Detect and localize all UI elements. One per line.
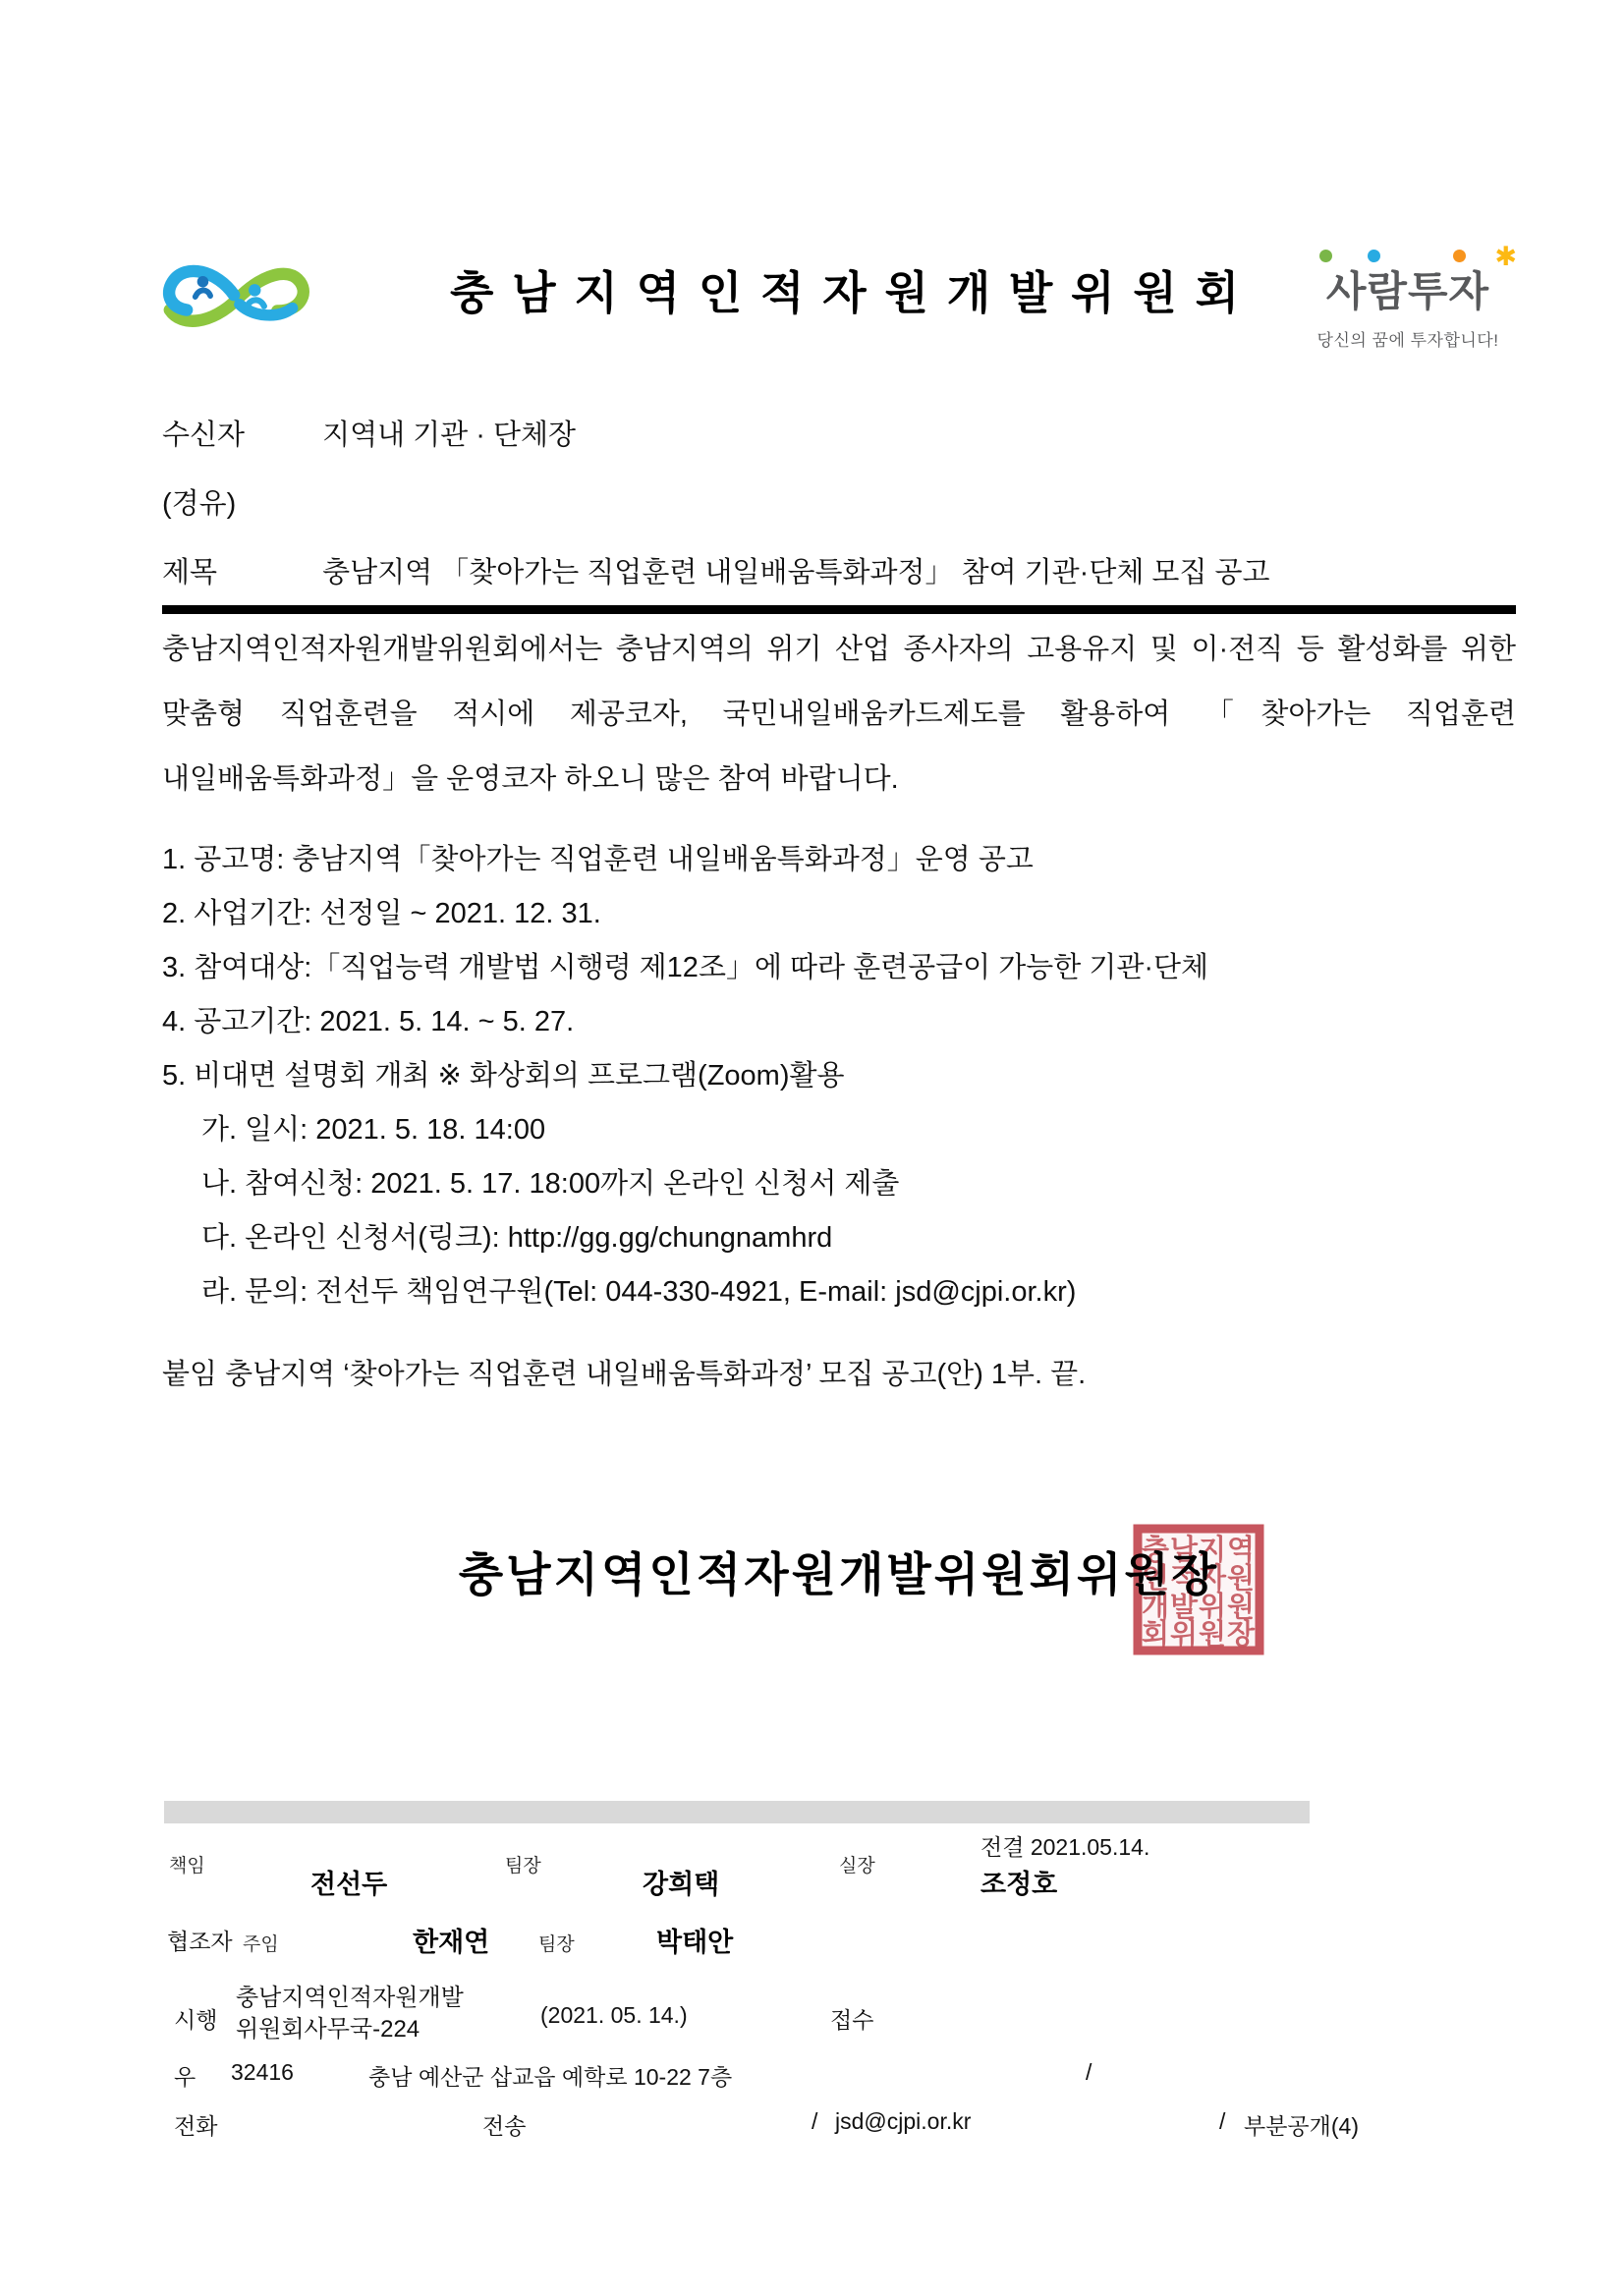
cooperator-role-2: 팀장 <box>538 1930 575 1956</box>
approver-name-3: 조정호 <box>980 1863 1057 1901</box>
green-dot-icon <box>1319 250 1332 262</box>
list-item-5c: 다. 온라인 신청서(링크): http://gg.gg/chungnamhrd <box>162 1211 1516 1265</box>
list-item-4: 4. 공고기간: 2021. 5. 14. ~ 5. 27. <box>162 995 1516 1049</box>
subject-divider-rule <box>162 605 1516 614</box>
official-seal-stamp: 충 남 지 역 인 적 자 원 개 발 위 원 회 위 원 장 <box>1132 1523 1265 1656</box>
dispatch-date: (2021. 05. 14.) <box>540 2002 688 2029</box>
approver-role-3: 실장 <box>839 1851 875 1877</box>
phone-label: 전화 <box>174 2108 217 2141</box>
svg-text:원: 원 <box>1199 1617 1226 1651</box>
svg-text:회: 회 <box>1142 1617 1169 1651</box>
postal-code: 32416 <box>231 2059 294 2086</box>
email-slash: / <box>812 2108 817 2135</box>
receipt-label: 접수 <box>830 2002 873 2035</box>
svg-text:장: 장 <box>1227 1617 1256 1651</box>
approval-divider-bar <box>164 1801 1310 1823</box>
dispatch-department-line2: 위원회사무국-224 <box>236 2014 464 2045</box>
list-item-5d: 라. 문의: 전선두 책임연구원(Tel: 044-330-4921, E-ma… <box>162 1265 1516 1319</box>
cooperator-name-2: 박태안 <box>656 1921 733 1959</box>
dispatch-department: 충남지역인적자원개발 위원회사무국-224 <box>236 1983 464 2045</box>
saram-tuja-logo: ✱ 사람투자 당신의 꿈에 투자합니다! <box>1300 246 1516 351</box>
via-row: (경유) <box>162 481 1516 522</box>
recipient-label: 수신자 <box>162 413 314 453</box>
list-item-5a: 가. 일시: 2021. 5. 18. 14:00 <box>162 1103 1516 1157</box>
cooperator-label: 협조자 <box>167 1924 233 1956</box>
list-item-3: 3. 참여대상:「직업능력 개발법 시행령 제12조」에 따라 훈련공급이 가능… <box>162 941 1516 995</box>
cooperator-role-1: 주임 <box>243 1930 279 1956</box>
list-item-5b: 나. 참여신청: 2021. 5. 17. 18:00까지 온라인 신청서 제출 <box>162 1157 1516 1211</box>
dispatch-department-line1: 충남지역인적자원개발 <box>236 1983 464 2014</box>
asterisk-icon: ✱ <box>1494 242 1518 272</box>
notice-list: 1. 공고명: 충남지역「찾아가는 직업훈련 내일배움특화과정」운영 공고 2.… <box>162 833 1516 1319</box>
orange-dot-icon <box>1453 250 1466 262</box>
saram-tuja-wordmark: ✱ 사람투자 <box>1300 259 1516 318</box>
email-address: jsd@cjpi.or.kr <box>835 2108 971 2135</box>
blue-dot-icon <box>1368 250 1380 262</box>
jeongyeol-date: 전결 2021.05.14. <box>980 1829 1149 1862</box>
postal-address: 충남 예산군 삽교읍 예학로 10-22 7층 <box>368 2059 732 2092</box>
signer-title: 충남지역인적자원개발위원회위원장 <box>162 1539 1516 1604</box>
cooperator-name-1: 한재연 <box>413 1921 489 1959</box>
subject-value: 충남지역 「찾아가는 직업훈련 내일배움특화과정」 참여 기관·단체 모집 공고 <box>322 557 1269 588</box>
org-infinity-logo-icon <box>154 252 319 346</box>
disclosure-level: 부분공개(4) <box>1244 2108 1359 2141</box>
list-item-2: 2. 사업기간: 선정일 ~ 2021. 12. 31. <box>162 887 1516 941</box>
postal-label: 우 <box>174 2059 196 2092</box>
document-page: 충 남 지 역 인 적 자 원 개 발 위 원 회 ✱ 사람투자 당신의 꿈에 … <box>0 0 1624 2296</box>
disclosure-slash: / <box>1219 2108 1225 2135</box>
saram-tuja-tagline: 당신의 꿈에 투자합니다! <box>1300 326 1516 351</box>
approver-role-2: 팀장 <box>505 1851 541 1877</box>
dispatch-label: 시행 <box>174 2002 217 2035</box>
attachment-line: 붙임 충남지역 ‘찾아가는 직업훈련 내일배움특화과정’ 모집 공고(안) 1부… <box>162 1352 1516 1392</box>
address-slash: / <box>1086 2059 1092 2086</box>
fax-label: 전송 <box>482 2108 526 2141</box>
via-label: (경유) <box>162 488 236 520</box>
svg-text:위: 위 <box>1170 1617 1198 1651</box>
org-title: 충 남 지 역 인 적 자 원 개 발 위 원 회 <box>416 257 1276 322</box>
approver-role-1: 책임 <box>169 1851 205 1877</box>
recipient-row: 수신자 지역내 기관 · 단체장 <box>162 413 1516 453</box>
recipient-value: 지역내 기관 · 단체장 <box>322 420 576 451</box>
intro-paragraph: 충남지역인적자원개발위원회에서는 충남지역의 위기 산업 종사자의 고용유지 및… <box>162 617 1516 812</box>
approver-name-2: 강희택 <box>643 1863 719 1901</box>
list-item-1: 1. 공고명: 충남지역「찾아가는 직업훈련 내일배움특화과정」운영 공고 <box>162 833 1516 887</box>
list-item-5: 5. 비대면 설명회 개최 ※ 화상회의 프로그램(Zoom)활용 <box>162 1049 1516 1103</box>
subject-label: 제목 <box>162 550 314 590</box>
saram-tuja-text: 사람투자 <box>1326 268 1489 314</box>
approver-name-1: 전선두 <box>310 1863 387 1901</box>
document-header: 충 남 지 역 인 적 자 원 개 발 위 원 회 ✱ 사람투자 당신의 꿈에 … <box>162 244 1516 362</box>
subject-row: 제목 충남지역 「찾아가는 직업훈련 내일배움특화과정」 참여 기관·단체 모집… <box>162 550 1516 590</box>
